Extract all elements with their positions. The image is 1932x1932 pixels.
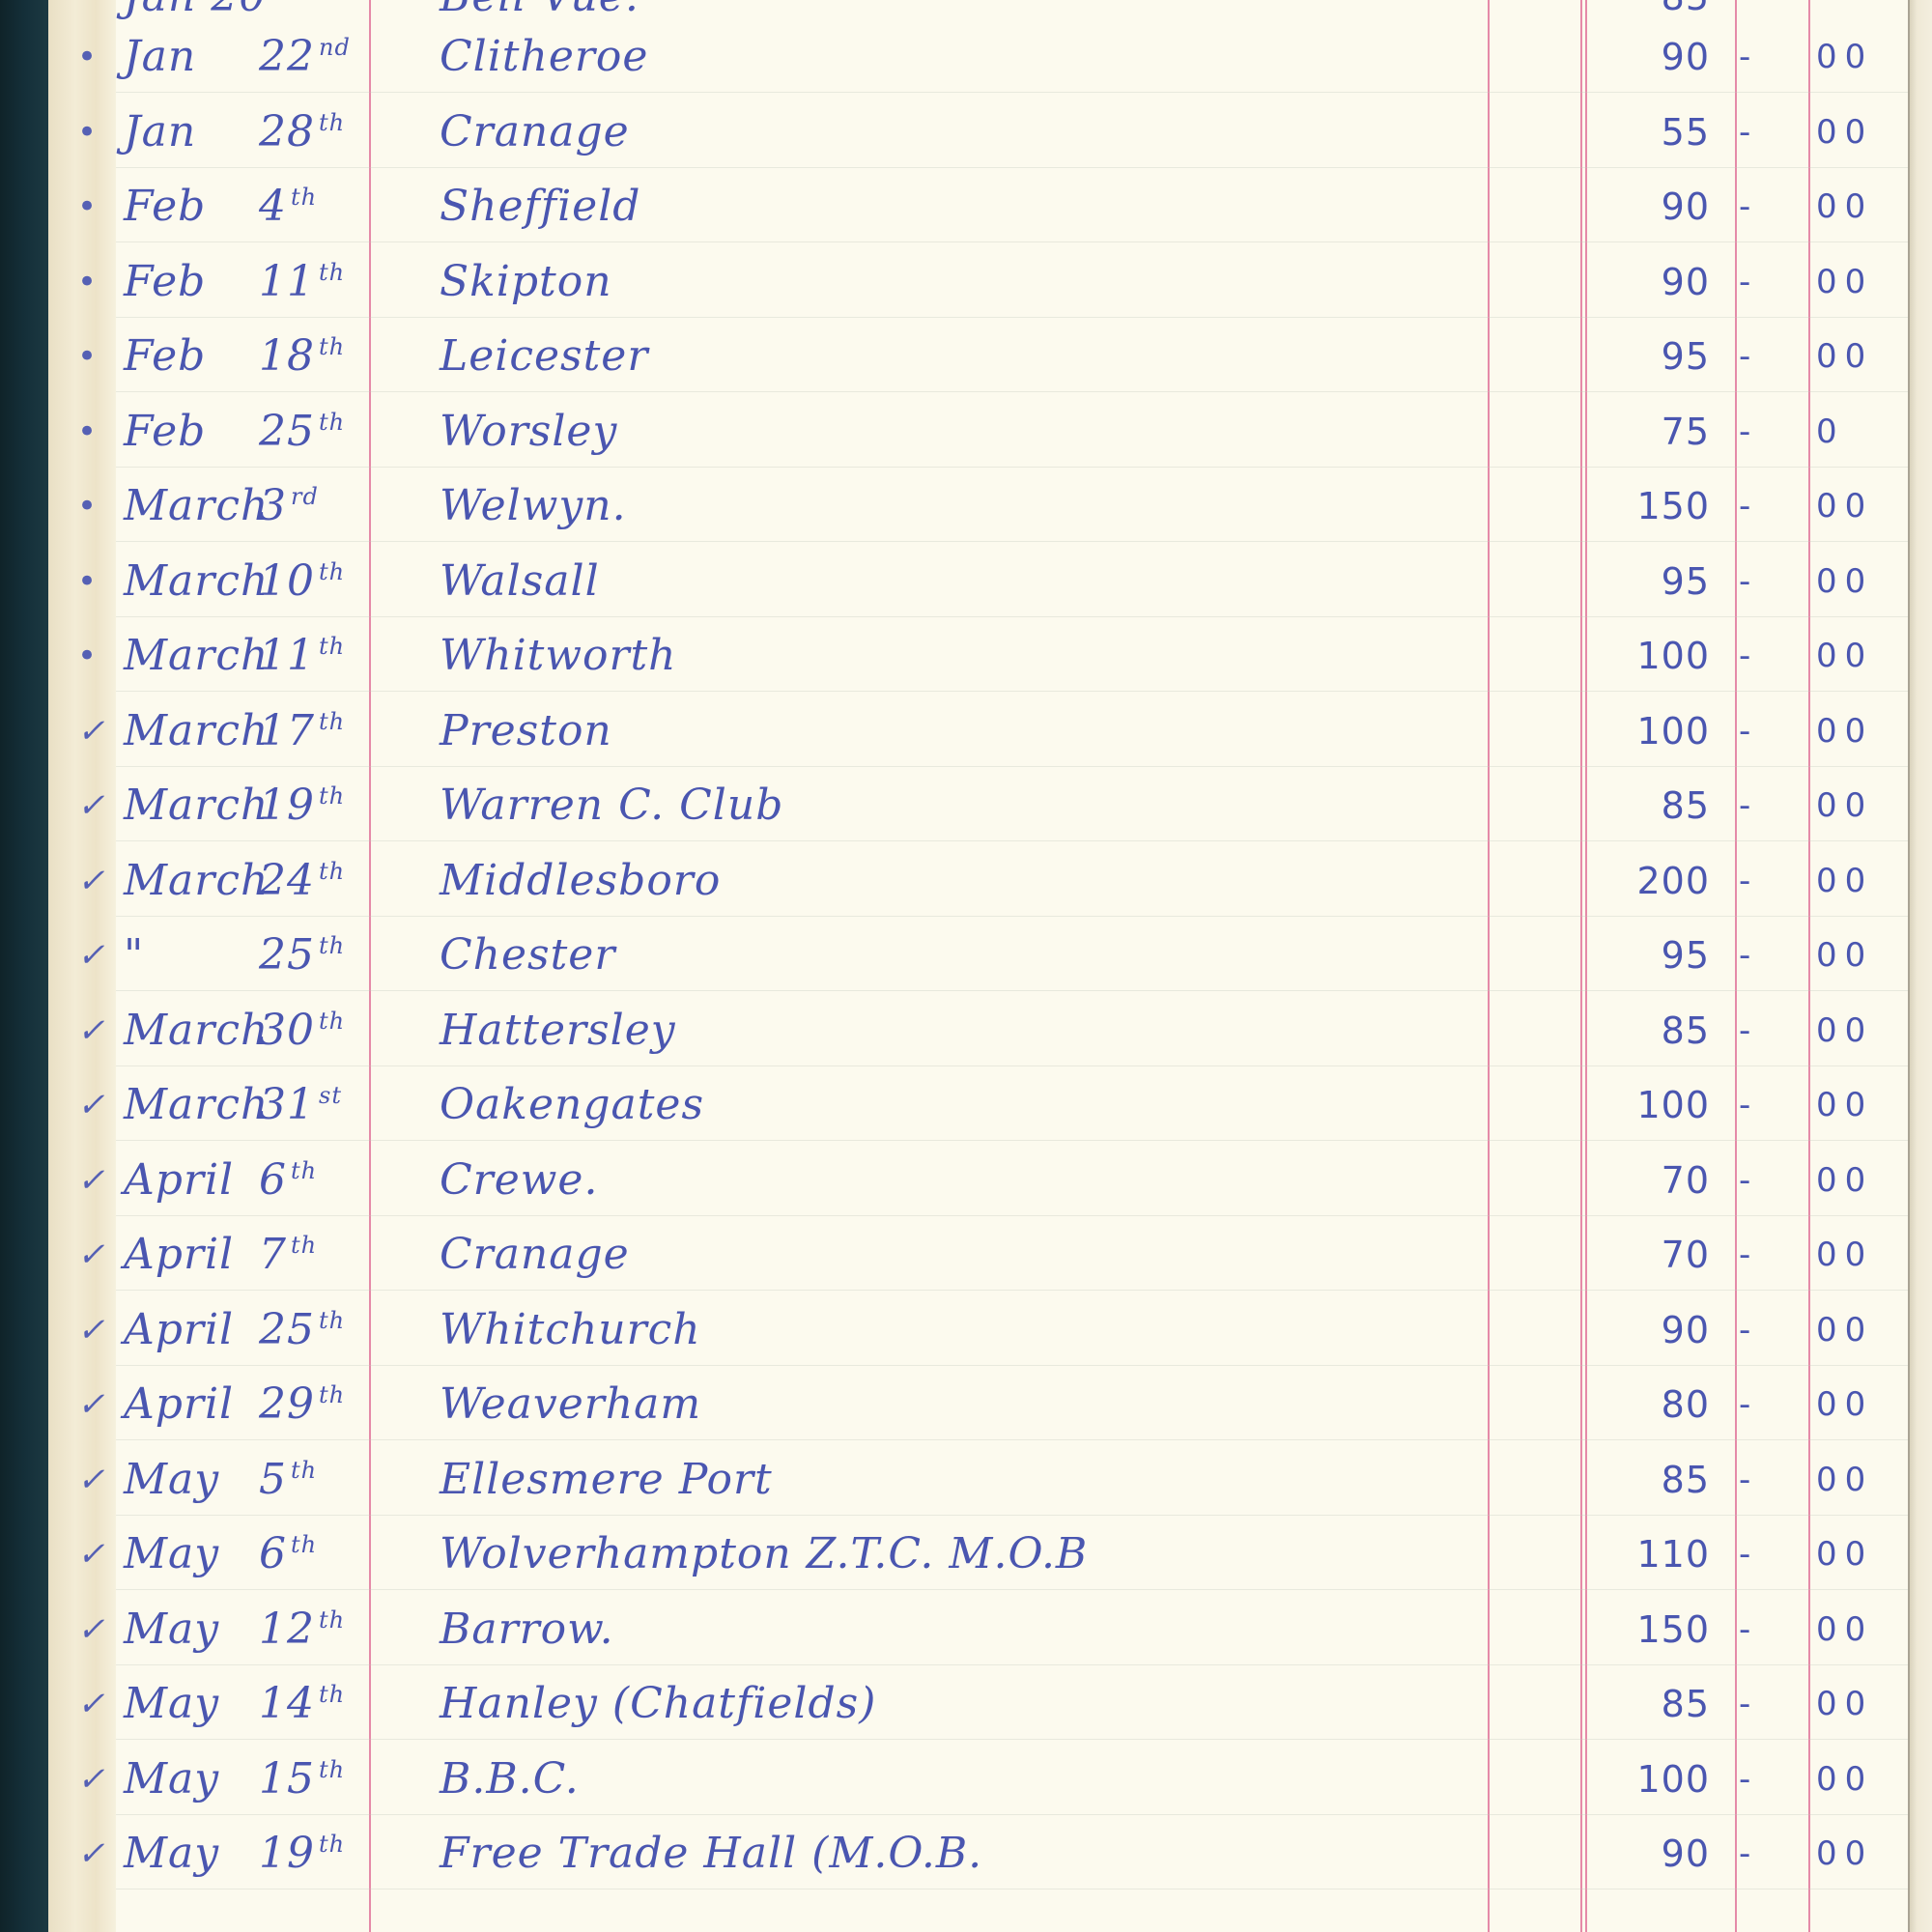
row-day-suffix: th [319, 109, 345, 136]
row-month: March [124, 1067, 269, 1143]
row-pounds: 70 [1546, 1217, 1710, 1293]
row-pence: 00 [1816, 1067, 1873, 1143]
row-shillings: - [1739, 993, 1751, 1068]
check-mark-icon: ✓ [77, 694, 106, 769]
row-pounds: 90 [1546, 19, 1710, 95]
row-day: 4th [259, 169, 317, 244]
row-pence: 00 [1816, 1143, 1873, 1218]
row-pounds: 95 [1546, 319, 1710, 394]
check-mark-icon: • [77, 544, 98, 619]
row-day: 31st [259, 1067, 342, 1143]
row-pence: 00 [1816, 544, 1873, 619]
row-month: March [124, 843, 269, 919]
row-pence: 00 [1816, 244, 1873, 320]
row-month: April [124, 1217, 234, 1293]
row-shillings: - [1739, 319, 1751, 394]
row-month: March [124, 469, 269, 544]
check-mark-icon: • [77, 169, 98, 244]
row-shillings: - [1739, 1143, 1751, 1218]
row-pounds: 100 [1546, 694, 1710, 769]
row-pounds: 85 [1546, 768, 1710, 843]
row-venue: Middlesboro [440, 843, 721, 919]
row-pounds: 80 [1546, 1367, 1710, 1442]
row-venue: Whitworth [440, 618, 677, 694]
ledger-row: ✓ May 19th Free Trade Hall (M.O.B. 90 - … [0, 1816, 1932, 1891]
row-pence: 00 [1816, 843, 1873, 919]
ledger-row: • Jan 28th Cranage 55 - 00 [0, 95, 1932, 170]
check-mark-icon: ✓ [77, 1742, 106, 1817]
row-shillings: - [1739, 244, 1751, 320]
ledger-row: • Feb 4th Sheffield 90 - 00 [0, 169, 1932, 244]
row-pence: 00 [1816, 918, 1873, 993]
check-mark-icon: • [77, 618, 98, 694]
check-mark-icon: • [77, 319, 98, 394]
row-pounds: 100 [1546, 1067, 1710, 1143]
row-day: 12th [259, 1592, 345, 1667]
row-day-suffix: th [319, 333, 345, 360]
ledger-row: ✓ May 5th Ellesmere Port 85 - 00 [0, 1442, 1932, 1518]
row-day: 28th [259, 95, 345, 170]
row-day-suffix: th [291, 1531, 317, 1558]
row-venue: Warren C. Club [440, 768, 783, 843]
row-pounds: 200 [1546, 843, 1710, 919]
row-day: 5th [259, 1442, 317, 1518]
ledger-row: ✓ May 12th Barrow. 150 - 00 [0, 1592, 1932, 1667]
row-shillings: - [1739, 1367, 1751, 1442]
row-pounds: 110 [1546, 1517, 1710, 1592]
row-shillings: - [1739, 469, 1751, 544]
row-pence: 00 [1816, 1442, 1873, 1518]
check-mark-icon: • [77, 394, 98, 469]
row-venue: Chester [440, 918, 615, 993]
row-month: March [124, 694, 269, 769]
row-day-suffix: th [319, 1756, 345, 1783]
row-pounds: 90 [1546, 1816, 1710, 1891]
row-pounds: 85 [1546, 993, 1710, 1068]
row-day-suffix: st [319, 1082, 342, 1109]
row-pence: 0 [1816, 394, 1845, 469]
ledger-row: ✓ April 7th Cranage 70 - 00 [0, 1217, 1932, 1293]
row-month: Feb [124, 319, 206, 394]
ledger-row: ✓ April 25th Whitchurch 90 - 00 [0, 1293, 1932, 1368]
row-day-suffix: th [319, 259, 345, 286]
row-month: May [124, 1816, 219, 1891]
row-day: 15th [259, 1742, 345, 1817]
row-month: Jan [124, 95, 196, 170]
row-pounds: 100 [1546, 1742, 1710, 1817]
row-day: 19th [259, 768, 345, 843]
row-venue: Wolverhampton Z.T.C. M.O.B [440, 1517, 1088, 1592]
row-venue: Oakengates [440, 1067, 704, 1143]
ledger-row: • March 11th Whitworth 100 - 00 [0, 618, 1932, 694]
ledger-row: ✓ March 24th Middlesboro 200 - 00 [0, 843, 1932, 919]
row-shillings: - [1739, 544, 1751, 619]
row-shillings: - [1739, 1442, 1751, 1518]
row-pence: 00 [1816, 169, 1873, 244]
row-day-suffix: th [319, 1831, 345, 1858]
row-venue: Weaverham [440, 1367, 701, 1442]
row-venue: Whitchurch [440, 1293, 701, 1368]
row-day-suffix: th [291, 184, 317, 211]
row-shillings: - [1739, 394, 1751, 469]
row-day: 19th [259, 1816, 345, 1891]
row-month: April [124, 1143, 234, 1218]
row-pence: 00 [1816, 1592, 1873, 1667]
row-shillings: - [1739, 1217, 1751, 1293]
row-pounds: 150 [1546, 469, 1710, 544]
check-mark-icon: ✓ [77, 768, 106, 843]
row-pence: 00 [1816, 95, 1873, 170]
row-venue: Hattersley [440, 993, 676, 1068]
check-mark-icon: ✓ [77, 1517, 106, 1592]
row-venue: Cranage [440, 1217, 630, 1293]
check-mark-icon: ✓ [77, 1293, 106, 1368]
row-day: 24th [259, 843, 345, 919]
row-day: 10th [259, 544, 345, 619]
row-venue: Hanley (Chatfields) [440, 1666, 876, 1742]
ledger-row: ✓ May 14th Hanley (Chatfields) 85 - 00 [0, 1666, 1932, 1742]
row-day: 11th [259, 244, 345, 320]
row-day-suffix: th [319, 1681, 345, 1708]
check-mark-icon: • [77, 19, 98, 95]
row-shillings: - [1739, 1666, 1751, 1742]
row-day: 6th [259, 1143, 317, 1218]
row-pence: 00 [1816, 19, 1873, 95]
row-month: April [124, 1293, 234, 1368]
row-day-suffix: th [319, 708, 345, 735]
row-day-suffix: th [319, 633, 345, 660]
row-shillings: - [1739, 1592, 1751, 1667]
row-day-suffix: th [319, 1606, 345, 1634]
row-venue: B.B.C. [440, 1742, 580, 1817]
row-day-suffix: th [319, 782, 345, 810]
row-shillings: - [1739, 918, 1751, 993]
row-shillings: - [1739, 1293, 1751, 1368]
row-day-suffix: th [319, 1381, 345, 1408]
row-pence: 00 [1816, 1816, 1873, 1891]
check-mark-icon: ✓ [77, 1666, 106, 1742]
row-venue: Skipton [440, 244, 612, 320]
row-month: " [124, 918, 144, 993]
row-shillings: - [1739, 95, 1751, 170]
check-mark-icon: ✓ [77, 1217, 106, 1293]
row-day: 25th [259, 918, 345, 993]
row-venue: Worsley [440, 394, 617, 469]
row-venue: Cranage [440, 95, 630, 170]
ledger-row: • Feb 11th Skipton 90 - 00 [0, 244, 1932, 320]
row-pounds: 100 [1546, 618, 1710, 694]
row-day: 18th [259, 319, 345, 394]
ledger-row: ✓ May 6th Wolverhampton Z.T.C. M.O.B 110… [0, 1517, 1932, 1592]
row-day: 22nd [259, 19, 351, 95]
row-day: 6th [259, 1517, 317, 1592]
row-shillings: - [1739, 1067, 1751, 1143]
ledger-row: • Jan 22nd Clitheroe 90 - 00 [0, 19, 1932, 95]
check-mark-icon: • [77, 244, 98, 320]
row-day-suffix: th [319, 932, 345, 959]
row-day-suffix: th [291, 1457, 317, 1484]
row-month: May [124, 1517, 219, 1592]
check-mark-icon: ✓ [77, 993, 106, 1068]
check-mark-icon: ✓ [77, 1143, 106, 1218]
check-mark-icon: ✓ [77, 918, 106, 993]
ledger-row: ✓ April 29th Weaverham 80 - 00 [0, 1367, 1932, 1442]
row-day-suffix: rd [291, 483, 319, 510]
row-day-suffix: nd [319, 34, 351, 61]
check-mark-icon: ✓ [77, 843, 106, 919]
row-shillings: - [1739, 19, 1751, 95]
ledger-row: ✓ April 6th Crewe. 70 - 00 [0, 1143, 1932, 1218]
check-mark-icon: ✓ [77, 1592, 106, 1667]
row-venue: Ellesmere Port [440, 1442, 773, 1518]
row-pence: 00 [1816, 1666, 1873, 1742]
row-pence: 00 [1816, 319, 1873, 394]
row-venue: Walsall [440, 544, 600, 619]
row-day: 25th [259, 1293, 345, 1368]
row-shillings: - [1739, 1517, 1751, 1592]
row-venue: Free Trade Hall (M.O.B. [440, 1816, 982, 1891]
row-month: March [124, 993, 269, 1068]
row-month: March [124, 618, 269, 694]
check-mark-icon: ✓ [77, 1442, 106, 1518]
check-mark-icon: ✓ [77, 1067, 106, 1143]
row-month: Feb [124, 394, 206, 469]
row-pounds: 95 [1546, 544, 1710, 619]
row-pounds: 85 [1546, 1442, 1710, 1518]
row-month: May [124, 1592, 219, 1667]
row-shillings: - [1739, 694, 1751, 769]
row-shillings: - [1739, 1816, 1751, 1891]
row-pence: 00 [1816, 469, 1873, 544]
row-month: May [124, 1742, 219, 1817]
ledger-row: ✓ May 15th B.B.C. 100 - 00 [0, 1742, 1932, 1817]
row-pence: 00 [1816, 1367, 1873, 1442]
row-day-suffix: th [291, 1232, 317, 1259]
row-month: Jan [124, 19, 196, 95]
row-day-suffix: th [291, 1157, 317, 1184]
row-pounds: 85 [1546, 1666, 1710, 1742]
row-day-suffix: th [319, 409, 345, 436]
ledger-row: ✓ March 30th Hattersley 85 - 00 [0, 993, 1932, 1068]
row-pounds: 95 [1546, 918, 1710, 993]
row-month: April [124, 1367, 234, 1442]
row-venue: Preston [440, 694, 612, 769]
row-month: May [124, 1442, 219, 1518]
row-pence: 00 [1816, 694, 1873, 769]
row-shillings: - [1739, 768, 1751, 843]
row-pounds: 150 [1546, 1592, 1710, 1667]
row-venue: Leicester [440, 319, 648, 394]
row-month: Feb [124, 244, 206, 320]
row-day-suffix: th [319, 1307, 345, 1334]
row-shillings: - [1739, 843, 1751, 919]
row-shillings: - [1739, 169, 1751, 244]
check-mark-icon: • [77, 95, 98, 170]
row-month: Feb [124, 169, 206, 244]
row-pence: 00 [1816, 1217, 1873, 1293]
row-venue: Clitheroe [440, 19, 648, 95]
row-month: March [124, 768, 269, 843]
row-day: 25th [259, 394, 345, 469]
row-day: 30th [259, 993, 345, 1068]
row-day: 7th [259, 1217, 317, 1293]
row-day-suffix: th [319, 858, 345, 885]
row-day: 3rd [259, 469, 319, 544]
row-day-suffix: th [319, 558, 345, 585]
row-venue: Sheffield [440, 169, 640, 244]
ledger-row: • March 10th Walsall 95 - 00 [0, 544, 1932, 619]
row-day-suffix: th [319, 1008, 345, 1035]
row-pence: 00 [1816, 768, 1873, 843]
row-day: 11th [259, 618, 345, 694]
row-venue: Crewe. [440, 1143, 598, 1218]
row-pence: 00 [1816, 1742, 1873, 1817]
ledger-row: • Feb 25th Worsley 75 - 0 [0, 394, 1932, 469]
ledger-row: ✓ March 31st Oakengates 100 - 00 [0, 1067, 1932, 1143]
row-pounds: 75 [1546, 394, 1710, 469]
ledger-row: • Feb 18th Leicester 95 - 00 [0, 319, 1932, 394]
row-day: 17th [259, 694, 345, 769]
row-pounds: 90 [1546, 244, 1710, 320]
check-mark-icon: • [77, 469, 98, 544]
row-pounds: 55 [1546, 95, 1710, 170]
row-pence: 00 [1816, 993, 1873, 1068]
row-pounds: 70 [1546, 1143, 1710, 1218]
row-pence: 00 [1816, 1293, 1873, 1368]
row-day: 14th [259, 1666, 345, 1742]
row-month: March [124, 544, 269, 619]
row-pounds: 90 [1546, 1293, 1710, 1368]
check-mark-icon: ✓ [77, 1816, 106, 1891]
ledger-row: ✓ March 17th Preston 100 - 00 [0, 694, 1932, 769]
ledger-row: ✓ March 19th Warren C. Club 85 - 00 [0, 768, 1932, 843]
row-pounds: 90 [1546, 169, 1710, 244]
row-venue: Barrow. [440, 1592, 614, 1667]
check-mark-icon: ✓ [77, 1367, 106, 1442]
row-venue: Welwyn. [440, 469, 627, 544]
row-month: May [124, 1666, 219, 1742]
row-shillings: - [1739, 618, 1751, 694]
row-shillings: - [1739, 1742, 1751, 1817]
ledger-row: ✓ " 25th Chester 95 - 00 [0, 918, 1932, 993]
row-pence: 00 [1816, 618, 1873, 694]
row-pence: 00 [1816, 1517, 1873, 1592]
row-day: 29th [259, 1367, 345, 1442]
ledger-row: • March 3rd Welwyn. 150 - 00 [0, 469, 1932, 544]
